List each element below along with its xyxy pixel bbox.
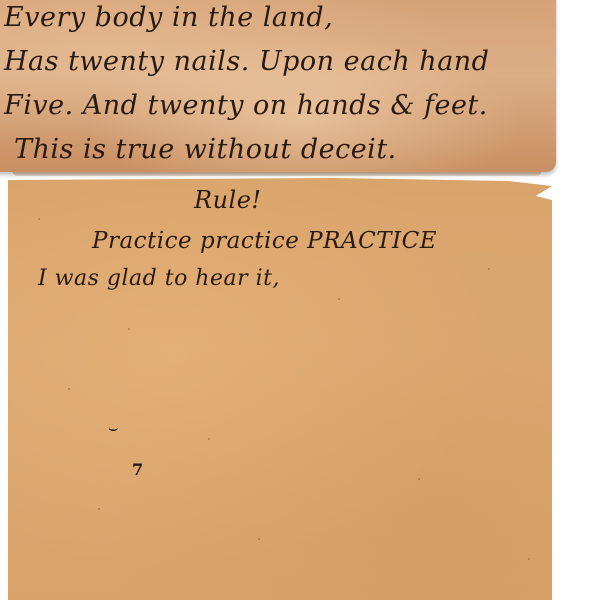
handwritten-line: Five. And twenty on hands & feet. — [4, 90, 488, 121]
handwritten-line: Has twenty nails. Upon each hand — [4, 46, 489, 77]
handwritten-line: Every body in the land, — [4, 2, 333, 33]
practice-line: Practice practice PRACTICE — [92, 228, 437, 254]
glad-line: I was glad to hear it, — [38, 266, 280, 291]
notebook-photo: Rule! Practice practice PRACTICE I was g… — [0, 0, 600, 600]
stray-ink-mark: ⌣ — [108, 418, 119, 438]
stray-ink-mark: 7 — [132, 460, 143, 479]
rule-heading: Rule! — [194, 186, 262, 214]
handwritten-line: This is true without deceit. — [14, 134, 397, 165]
